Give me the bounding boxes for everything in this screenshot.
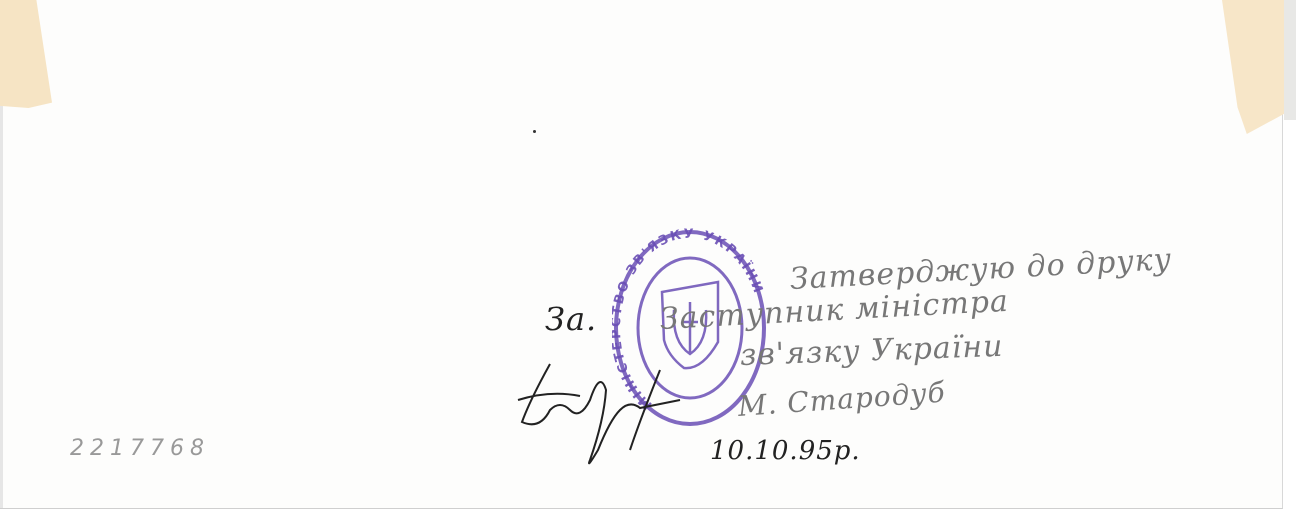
prefix-text: За. <box>545 300 597 338</box>
signature <box>510 360 710 470</box>
document-page: МІНІСТЕРСТВО ЗВ'ЯЗКУ УКРАЇНИ Затверджую … <box>0 0 1283 509</box>
scan-edge <box>1284 0 1296 120</box>
tape-left <box>0 0 52 108</box>
pencil-number: 2217768 <box>70 436 210 461</box>
speck <box>533 130 536 133</box>
ministry-line: зв'язку України <box>739 329 1004 373</box>
approval-date: 10.10.95р. <box>710 436 861 466</box>
tape-right <box>1222 0 1284 134</box>
signer-name: М. Стародуб <box>737 376 947 423</box>
